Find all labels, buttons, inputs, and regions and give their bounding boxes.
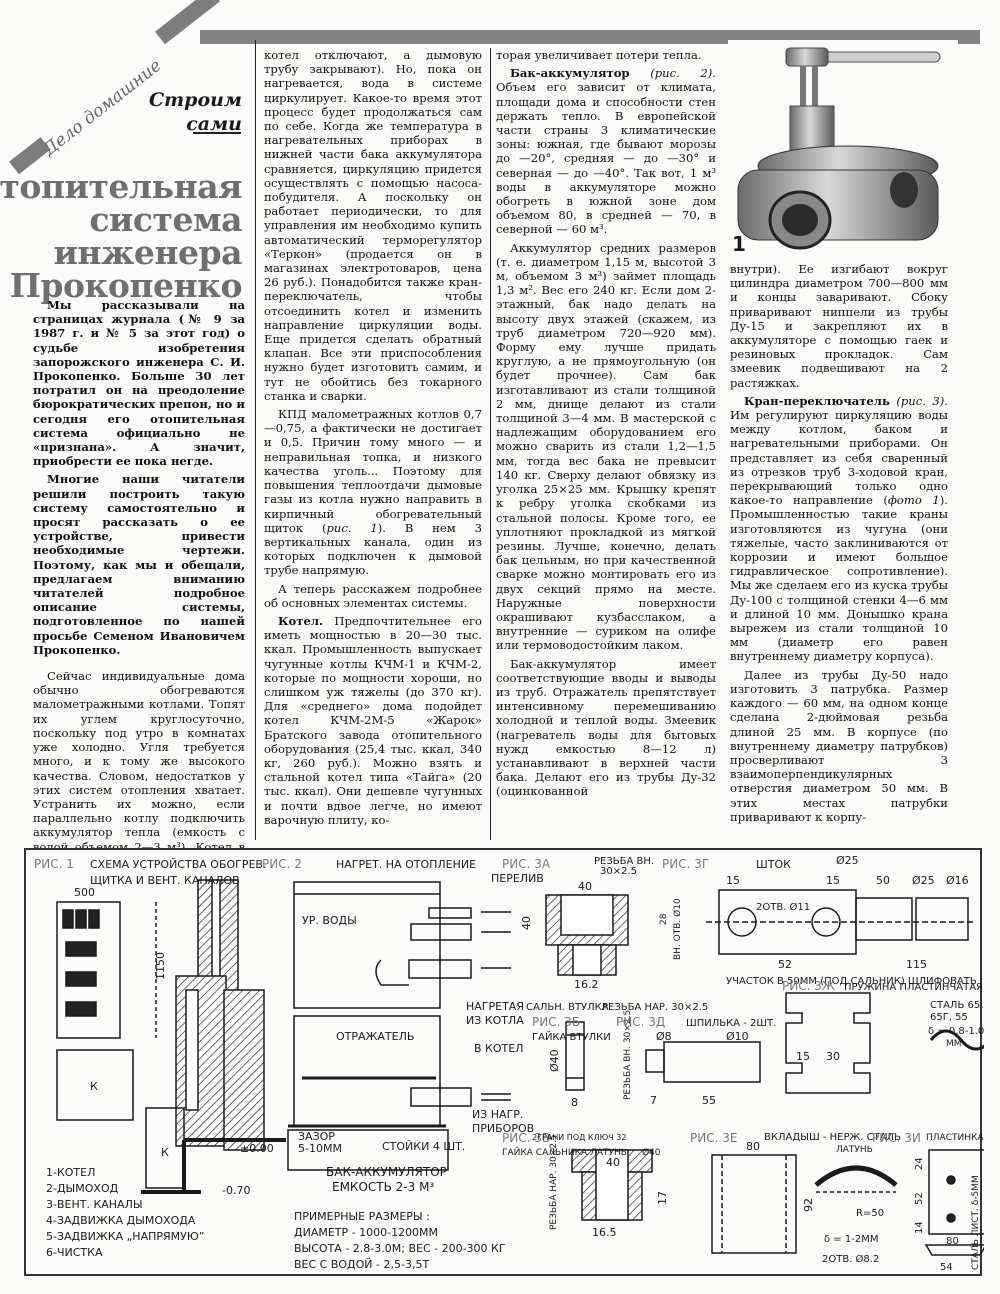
- body-paragraph: А теперь расскажем подробнее об основных…: [264, 582, 482, 610]
- column-divider: [255, 40, 256, 840]
- fig2-label: 5-10ММ: [298, 1142, 342, 1155]
- fig3a-dim: 40: [578, 880, 592, 893]
- fig3i-title: РИС. 3И: [872, 1131, 921, 1145]
- legend-item: 4-ЗАДВИЖКА ДЫМОХОДА: [46, 1214, 196, 1227]
- fig3a-title: РИС. 3А: [502, 857, 551, 871]
- technical-drawing: РИС. 1 СХЕМА УСТРОЙСТВА ОБОГРЕВ. ЩИТКА И…: [24, 848, 982, 1276]
- legend-item: 3-ВЕНТ. КАНАЛЫ: [46, 1198, 143, 1211]
- column-2: котел отключают, а дымовую трубу закрыва…: [264, 48, 482, 831]
- fig3g-dim: Ø25: [836, 854, 859, 867]
- fig3b-caption: ГАЙКА ВТУЛКИ: [532, 1030, 611, 1043]
- title-line: Отопительная: [0, 170, 242, 203]
- fig3g-dim: Ø25: [912, 874, 935, 887]
- body-paragraph: Котел. Предпочтительнее его иметь мощнос…: [264, 614, 482, 827]
- fig2-label: НАГРЕТ. НА ОТОПЛЕНИЕ: [336, 858, 476, 871]
- fig2-title: РИС. 2: [262, 857, 302, 871]
- article-title: Отопительная система инженера Прокопенко: [0, 170, 242, 302]
- figure-ref: (рис. 2).: [650, 66, 716, 80]
- body-paragraph: КПД малометражных котлов 0,7—0,75, а фак…: [264, 407, 482, 577]
- boiler-label-section: К: [161, 1146, 169, 1159]
- text: ). Промышленностью такие краны изготовля…: [730, 493, 948, 663]
- level-minus: -0.70: [222, 1184, 250, 1197]
- body-paragraph: котел отключают, а дымовую трубу закрыва…: [264, 48, 482, 403]
- fig3i-dim: 14: [914, 1221, 925, 1234]
- fig3a-dim: 16.2: [574, 978, 599, 991]
- fig1-title: РИС. 1: [34, 857, 74, 871]
- fig1-caption: СХЕМА УСТРОЙСТВА ОБОГРЕВ.: [90, 858, 266, 871]
- valve-illustration-icon: [728, 40, 958, 252]
- fig3i-dim: 54: [940, 1262, 953, 1273]
- fig3a-label: 30×2.5: [600, 866, 637, 877]
- section-underline: [193, 132, 241, 134]
- body-paragraph: торая увеличивает потери тепла.: [496, 48, 716, 62]
- fig1-height-dim: 1150: [154, 952, 167, 980]
- fig3d-dim: Ø8: [656, 1030, 672, 1043]
- fig3g-dim: 115: [906, 958, 927, 971]
- text: КПД малометражных котлов 0,7—0,75, а фак…: [264, 407, 482, 535]
- title-line: система: [0, 203, 242, 236]
- fig3i-dim: 80: [946, 1236, 959, 1247]
- fig3zh-dim: 30: [826, 1050, 840, 1063]
- section-label: Строим сами: [149, 88, 242, 136]
- fig3zh-caption: ПРУЖИНА ПЛАСТИНЧАТАЯ: [844, 982, 983, 993]
- dims-line: ДИАМЕТР - 1000-1200ММ: [294, 1226, 438, 1239]
- fig2-label: ИЗ КОТЛА: [466, 1014, 524, 1027]
- fig3d-dim: 7: [650, 1094, 657, 1107]
- intro-paragraph-1: Мы рассказывали на страницах журнала (№ …: [33, 298, 245, 468]
- legend-item: 2-ДЫМОХОД: [46, 1182, 119, 1195]
- fig2-label: УР. ВОДЫ: [302, 914, 357, 927]
- body-paragraph: Бак-аккумулятор имеет соответствующие вв…: [496, 657, 716, 799]
- dims-line: ВЫСОТА - 2.8-3.0М; ВЕС - 200-300 КГ: [294, 1242, 506, 1255]
- fig3a-label: РЕЗЬБА НАР. 30×2.5: [602, 1002, 708, 1013]
- fig3i-caption: ПЛАСТИНКА: [926, 1133, 984, 1143]
- fig3a-dim: 28: [659, 913, 669, 925]
- fig3d-dim: Ø10: [726, 1030, 749, 1043]
- text: Объем его зависит от климата, площади до…: [496, 80, 716, 236]
- fig2-label: СТОЙКИ 4 ШТ.: [382, 1140, 465, 1153]
- valve-photo: [728, 40, 958, 252]
- fig3e-title: РИС. 3Е: [690, 1131, 737, 1145]
- legend-item: 1-КОТЕЛ: [46, 1166, 95, 1179]
- fig3zh-label: СТАЛЬ 65,: [930, 1000, 983, 1011]
- body-paragraph: Кран-переключатель (рис. 3). Им регулиру…: [730, 394, 948, 664]
- fig3g-dim: 50: [876, 874, 890, 887]
- fig3v-dim: Ø40: [642, 1147, 661, 1158]
- text: Предпочтительнее его иметь мощностью в 2…: [264, 614, 482, 827]
- fig3g-dim: 15: [826, 874, 840, 887]
- fig2-label: ОТРАЖАТЕЛЬ: [336, 1030, 414, 1043]
- body-paragraph: внутри). Ее изгибают вокруг цилиндра диа…: [730, 262, 948, 390]
- fig3e-dim: 80: [746, 1140, 760, 1153]
- column-4: внутри). Ее изгибают вокруг цилиндра диа…: [730, 262, 948, 828]
- body-paragraph: Аккумулятор средних размеров (т. е. диам…: [496, 241, 716, 653]
- fig3g-label: 2ОТВ. Ø11: [756, 901, 810, 913]
- level-zero: ±0.00: [240, 1142, 274, 1155]
- boiler-label: К: [90, 1080, 98, 1093]
- fig3a-dim: 40: [520, 916, 533, 930]
- fig3v-label: РЕЗЬБА НАР. 30×2.5: [549, 1134, 559, 1230]
- fig3e-label: ЛАТУНЬ: [836, 1145, 873, 1155]
- fig3i-label: 2ОТВ. Ø8.2: [822, 1253, 879, 1265]
- dims-title: ПРИМЕРНЫЕ РАЗМЕРЫ :: [294, 1210, 430, 1223]
- fig2-label: НАГРЕТАЯ: [466, 1000, 524, 1013]
- section-line-1: Строим: [149, 88, 242, 112]
- title-line: инженера: [0, 236, 242, 269]
- fig3b-title: РИС. 3Б: [532, 1015, 580, 1029]
- subheading: Кран-переключатель: [744, 394, 890, 408]
- fig2-label: ИЗ НАГР.: [472, 1108, 523, 1121]
- fig3b-dim: 8: [571, 1096, 578, 1109]
- fig1-caption-2: ЩИТКА И ВЕНТ. КАНАЛОВ: [90, 874, 240, 887]
- body-paragraph: Далее из трубы Ду-50 надо изготовить 3 п…: [730, 668, 948, 824]
- fig3g-dim: 15: [726, 874, 740, 887]
- fig3zh-title: РИС. 3Ж: [782, 979, 835, 993]
- fig3d-dim: 55: [702, 1094, 716, 1107]
- subheading: Котел.: [278, 614, 323, 628]
- intro-paragraph-2: Многие наши читатели решили построить та…: [33, 472, 245, 657]
- fig3g-title: РИС. 3Г: [662, 857, 709, 871]
- fig3g-caption: ШТОК: [756, 858, 791, 871]
- fig3zh-label: ММ: [946, 1039, 962, 1049]
- fig3e-dim: R=50: [856, 1208, 884, 1219]
- fig3a-label: ВН. ОТВ. Ø10: [672, 898, 683, 960]
- column-divider: [490, 48, 491, 840]
- fig3v-dim: 17: [656, 1191, 669, 1205]
- figure-ref: рис. 1: [327, 521, 378, 535]
- fig3d-caption: ШПИЛЬКА - 2ШТ.: [686, 1018, 776, 1029]
- fig3e-label: δ = 1-2ММ: [824, 1234, 878, 1245]
- fig3zh-label: 65Г, 55: [930, 1012, 968, 1023]
- dims-line: ВЕС С ВОДОЙ - 2,5-3,5Т: [294, 1258, 429, 1271]
- fig3v-label: 2ГРАНИ ПОД КЛЮЧ 32: [532, 1133, 626, 1142]
- column-3: торая увеличивает потери тепла. Бак-акку…: [496, 48, 716, 803]
- legend-item: 6-ЧИСТКА: [46, 1246, 103, 1259]
- fig3b-dim: Ø40: [548, 1049, 561, 1072]
- fig3v-dim: 16.5: [592, 1226, 617, 1239]
- fig3i-dim: 52: [914, 1192, 925, 1205]
- fig3g-dim: 52: [778, 958, 792, 971]
- fig1-width-dim: 500: [74, 886, 95, 899]
- tank-capacity: ЕМКОСТЬ 2-3 М³: [332, 1180, 434, 1194]
- fig3v-dim: 40: [606, 1156, 620, 1169]
- fig2-label: В КОТЕЛ: [474, 1042, 523, 1055]
- fig2-label: ПЕРЕЛИВ: [491, 872, 544, 885]
- fig3d-title: РИС. 3Д: [616, 1015, 665, 1029]
- fig3e-dim: 92: [802, 1198, 815, 1212]
- photo-number: 1: [732, 232, 746, 256]
- column-1: Мы рассказывали на страницах журнала (№ …: [33, 298, 245, 900]
- fig3zh-dim: 15: [796, 1050, 810, 1063]
- fig3a-caption: САЛЬН. ВТУЛКА: [526, 1002, 609, 1013]
- fig3i-dim: 24: [914, 1157, 925, 1170]
- body-paragraph: Бак-аккумулятор (рис. 2). Объем его зави…: [496, 66, 716, 236]
- fig3zh-label: δ = 0.8-1.0: [928, 1026, 984, 1037]
- legend-item: 5-ЗАДВИЖКА „НАПРЯМУЮ”: [46, 1230, 204, 1243]
- fig3g-dim: Ø16: [946, 874, 969, 887]
- fig3i-label: СТАЛЬ ЛИСТ. δ-5ММ: [971, 1175, 981, 1270]
- drawing-canvas: РИС. 1 СХЕМА УСТРОЙСТВА ОБОГРЕВ. ЩИТКА И…: [26, 850, 984, 1278]
- rubric-label: Дело домашние: [40, 56, 166, 160]
- figure-ref: (рис. 3).: [896, 394, 948, 408]
- tank-title: БАК-АККУМУЛЯТОР: [326, 1165, 447, 1179]
- subheading: Бак-аккумулятор: [510, 66, 630, 80]
- figure-ref: фото 1: [888, 493, 940, 507]
